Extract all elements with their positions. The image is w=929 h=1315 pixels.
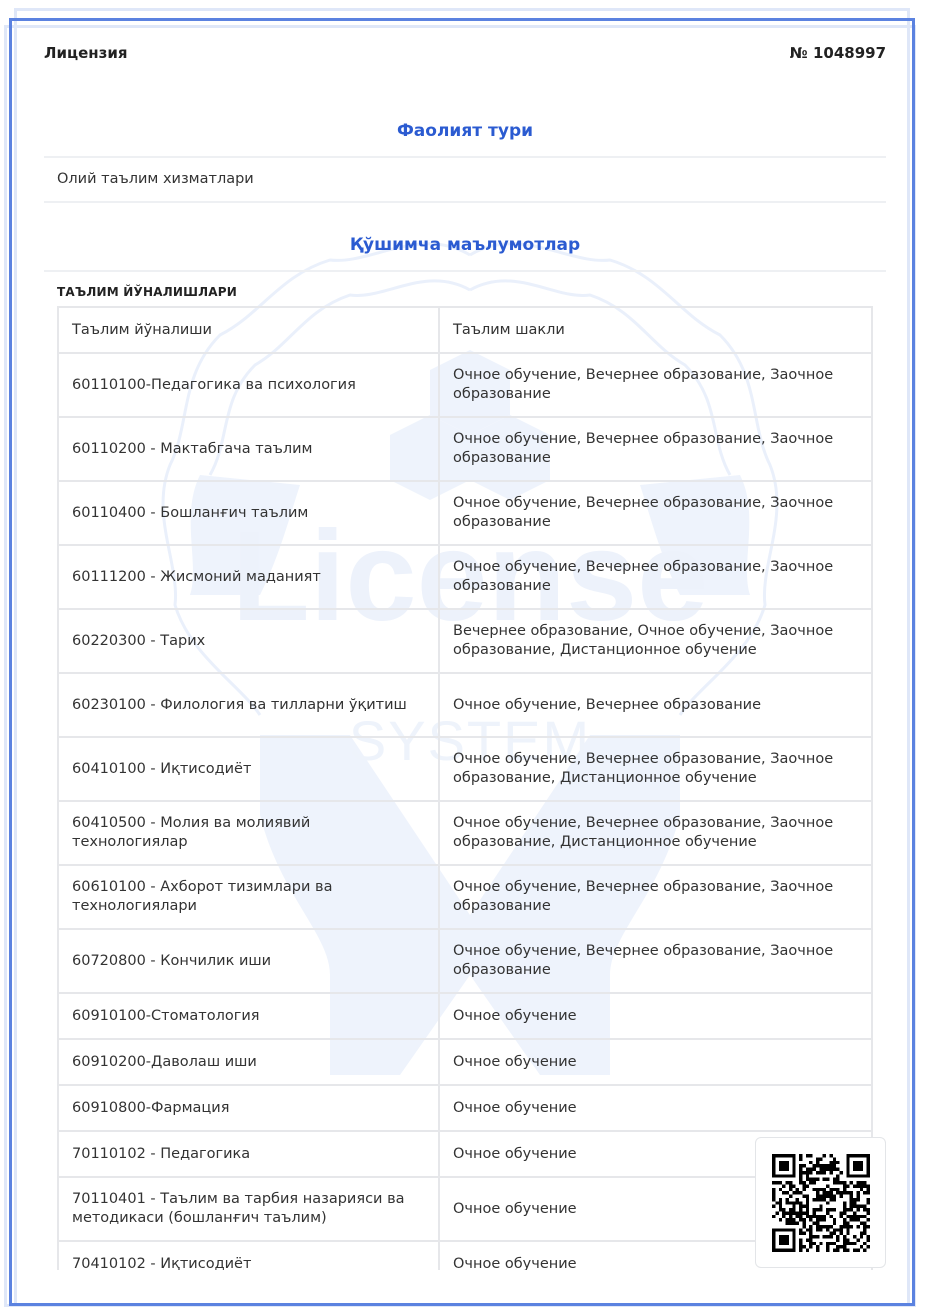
direction-cell: 70110102 - Педагогика bbox=[58, 1131, 439, 1177]
table-row: 60230100 - Филология ва тилларни ўқитишО… bbox=[58, 673, 872, 737]
form-cell: Очное обучение, Вечернее образование, За… bbox=[439, 417, 872, 481]
direction-cell: 60111200 - Жисмоний маданият bbox=[58, 545, 439, 609]
direction-cell: 60610100 - Ахборот тизимлари ва технолог… bbox=[58, 865, 439, 929]
table-row: 70110102 - ПедагогикаОчное обучение bbox=[58, 1131, 872, 1177]
table-row: 60110200 - Мактабгача таълимОчное обучен… bbox=[58, 417, 872, 481]
column-header-form: Таълим шакли bbox=[439, 307, 872, 353]
form-cell: Очное обучение, Вечернее образование, За… bbox=[439, 865, 872, 929]
form-cell: Очное обучение, Вечернее образование, За… bbox=[439, 481, 872, 545]
direction-cell: 60410500 - Молия ва молиявий технологиял… bbox=[58, 801, 439, 865]
form-cell: Вечернее образование, Очное обучение, За… bbox=[439, 609, 872, 673]
form-cell: Очное обучение bbox=[439, 1039, 872, 1085]
form-cell: Очное обучение, Вечернее образование bbox=[439, 673, 872, 737]
table-row: 60410100 - ИқтисодиётОчное обучение, Веч… bbox=[58, 737, 872, 801]
column-header-direction: Таълим йўналиши bbox=[58, 307, 439, 353]
document-type: Лицензия bbox=[44, 44, 127, 62]
direction-cell: 60220300 - Тарих bbox=[58, 609, 439, 673]
direction-cell: 70110401 - Таълим ва тарбия назарияси ва… bbox=[58, 1177, 439, 1241]
direction-cell: 60110200 - Мактабгача таълим bbox=[58, 417, 439, 481]
license-page: Лицензия № 1048997 Фаолият тури Олий таъ… bbox=[44, 0, 886, 1270]
direction-cell: 60910100-Стоматология bbox=[58, 993, 439, 1039]
qr-code-icon bbox=[772, 1154, 870, 1252]
form-cell: Очное обучение bbox=[439, 993, 872, 1039]
table-row: 60410500 - Молия ва молиявий технологиял… bbox=[58, 801, 872, 865]
education-directions-caption: ТАЪЛИМ ЙЎНАЛИШЛАРИ bbox=[57, 285, 237, 299]
table-row: 60910100-СтоматологияОчное обучение bbox=[58, 993, 872, 1039]
table-row: 70110401 - Таълим ва тарбия назарияси ва… bbox=[58, 1177, 872, 1241]
table-row: 60910800-ФармацияОчное обучение bbox=[58, 1085, 872, 1131]
divider bbox=[44, 270, 886, 272]
education-directions-table: Таълим йўналиши Таълим шакли 60110100-Пе… bbox=[57, 306, 873, 1270]
divider bbox=[44, 201, 886, 203]
activity-type-value: Олий таълим хизматлари bbox=[57, 171, 254, 187]
document-header: Лицензия № 1048997 bbox=[44, 44, 886, 62]
extra-info-section-title: Қўшимча маълумотлар bbox=[44, 235, 886, 255]
table-row: 70410102 - ИқтисодиётОчное обучение bbox=[58, 1241, 872, 1270]
license-number: № 1048997 bbox=[790, 44, 886, 62]
table-row: 60720800 - Кончилик ишиОчное обучение, В… bbox=[58, 929, 872, 993]
table-row: 60110100-Педагогика ва психологияОчное о… bbox=[58, 353, 872, 417]
direction-cell: 70410102 - Иқтисодиёт bbox=[58, 1241, 439, 1270]
activity-section-title: Фаолият тури bbox=[44, 121, 886, 141]
form-cell: Очное обучение, Вечернее образование, За… bbox=[439, 929, 872, 993]
form-cell: Очное обучение, Вечернее образование, За… bbox=[439, 737, 872, 801]
form-cell: Очное обучение, Вечернее образование, За… bbox=[439, 801, 872, 865]
form-cell: Очное обучение, Вечернее образование, За… bbox=[439, 545, 872, 609]
direction-cell: 60230100 - Филология ва тилларни ўқитиш bbox=[58, 673, 439, 737]
table-row: 60610100 - Ахборот тизимлари ва технолог… bbox=[58, 865, 872, 929]
qr-code[interactable] bbox=[755, 1137, 886, 1268]
table-row: 60111200 - Жисмоний маданиятОчное обучен… bbox=[58, 545, 872, 609]
direction-cell: 60110400 - Бошланғич таълим bbox=[58, 481, 439, 545]
table-row: 60910200-Даволаш ишиОчное обучение bbox=[58, 1039, 872, 1085]
direction-cell: 60910800-Фармация bbox=[58, 1085, 439, 1131]
table-row: 60220300 - ТарихВечернее образование, Оч… bbox=[58, 609, 872, 673]
direction-cell: 60720800 - Кончилик иши bbox=[58, 929, 439, 993]
table-row: 60110400 - Бошланғич таълимОчное обучени… bbox=[58, 481, 872, 545]
form-cell: Очное обучение, Вечернее образование, За… bbox=[439, 353, 872, 417]
divider bbox=[44, 156, 886, 158]
direction-cell: 60910200-Даволаш иши bbox=[58, 1039, 439, 1085]
direction-cell: 60410100 - Иқтисодиёт bbox=[58, 737, 439, 801]
direction-cell: 60110100-Педагогика ва психология bbox=[58, 353, 439, 417]
form-cell: Очное обучение bbox=[439, 1085, 872, 1131]
